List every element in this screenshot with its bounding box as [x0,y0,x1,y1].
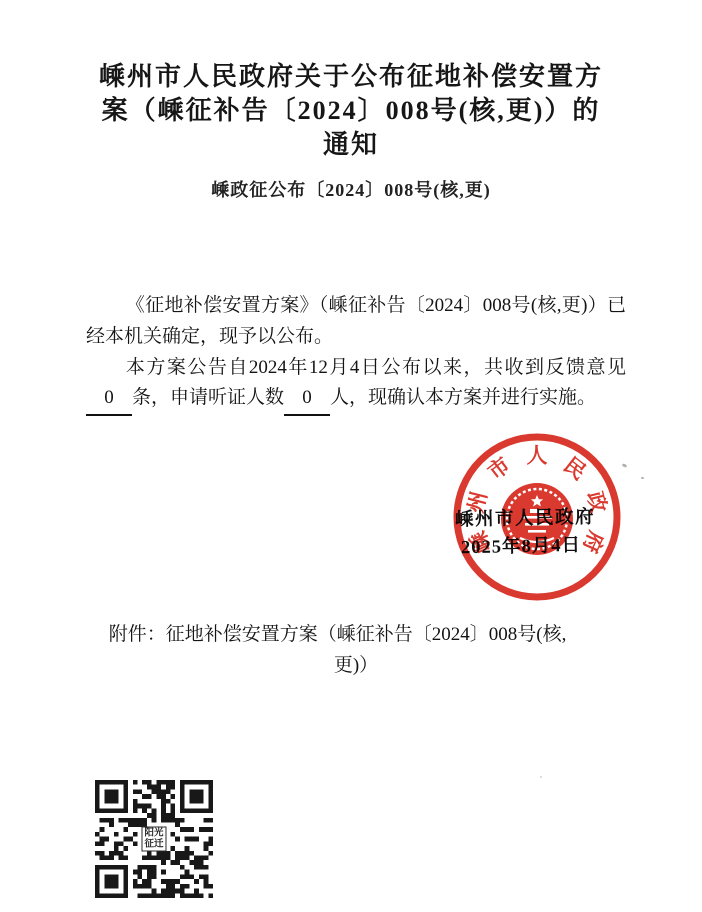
seal-character: 州 [465,490,490,515]
feedback-count-blank: 0 [86,383,132,416]
document-body: 《征地补偿安置方案》（嵊征补告〔2024〕008号(核,更)）已经本机关确定，现… [86,291,626,416]
title-line-2: 案（嵊征补告〔2024〕008号(核,更)）的 [0,94,702,128]
official-seal: 嵊州市人民政府 [442,422,632,612]
seal-character: 政 [583,490,608,515]
hearing-count-blank: 0 [284,383,330,416]
confirmation-text-2: 条，申请听证人数 [132,387,284,408]
title-line-3: 通知 [0,128,702,162]
qr-center-label: 阳光 征迁 [141,827,166,852]
seal-arc-text: 嵊州市人民政府 [442,422,632,612]
qr-label-line-2: 征迁 [144,839,163,850]
document-title: 嵊州市人民政府关于公布征地补偿安置方 案（嵊征补告〔2024〕008号(核,更)… [0,60,702,162]
scan-speck [641,477,644,479]
qr-code: 阳光 征迁 [95,780,213,898]
confirmation-text-3: 人，现确认本方案并进行实施。 [330,387,596,408]
attachment-line-2: 更)） [86,650,626,681]
paragraph-confirmation: 本方案公告自2024年12月4日公布以来，共收到反馈意见0条，申请听证人数0人，… [86,353,626,417]
scan-speck [540,776,542,778]
seal-character: 市 [485,454,514,483]
seal-character: 嵊 [467,528,495,556]
document-page: 嵊州市人民政府关于公布征地补偿安置方 案（嵊征补告〔2024〕008号(核,更)… [0,0,702,912]
attachment-line-1: 附件：征地补偿安置方案（嵊征补告〔2024〕008号(核, [86,619,626,650]
seal-character: 人 [527,446,548,467]
title-line-1: 嵊州市人民政府关于公布征地补偿安置方 [0,60,702,94]
paragraph-publication: 《征地补偿安置方案》（嵊征补告〔2024〕008号(核,更)）已经本机关确定，现… [86,291,626,353]
document-number: 嵊政征公布〔2024〕008号(核,更) [0,176,702,202]
seal-character: 民 [560,454,589,483]
seal-character: 府 [579,528,607,556]
confirmation-text-1: 本方案公告自2024年12月4日公布以来，共收到反馈意见 [126,357,626,378]
attachment-note: 附件：征地补偿安置方案（嵊征补告〔2024〕008号(核, 更)） [86,619,626,681]
qr-label-line-1: 阳光 [144,829,163,840]
